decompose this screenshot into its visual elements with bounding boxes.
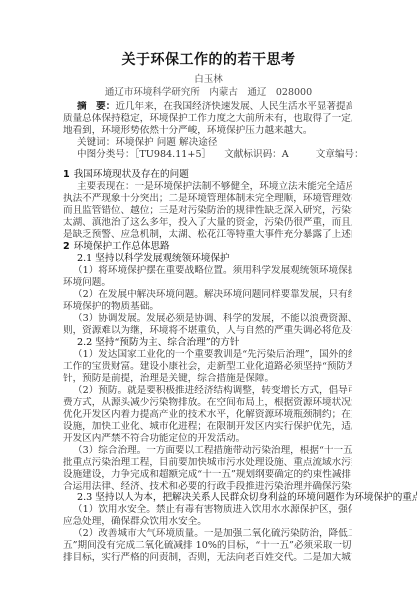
body-line: 优化开发区内着力提高产业的技术水平，化解资源环境瓶颈制约；在重点开发区内充实基础 xyxy=(63,409,352,421)
body-line: 费方式，从源头减少污染物排放。在空间布局上，根据资源环境状况划分不同的功能区，在 xyxy=(63,397,352,409)
abstract-line: 地看到，环境形势依然十分严峻，环境保护压力越来越大。 xyxy=(63,125,352,137)
body-line: 太湖、滇池治了这么多年，投入了大量的资金，污染仍很严重，而且局部有加重的趋势；四 xyxy=(63,217,352,229)
subsection-2-3: 2.3 坚持以人为本，把解决关系人民群众切身利益的环境问题作为环境保护的重点 xyxy=(77,492,417,504)
body-line: 开发区内严禁不符合功能定位的开发活动。 xyxy=(63,433,352,445)
body-line: 执法不严现象十分突出；二是环境管理体制未完全理顺，环境管理效率低下，监管能力薄弱… xyxy=(63,193,352,205)
body-line: 则，资源难以为继，环境将不堪重负，人与自然的严重失调必将危及社会的稳定和谐。 xyxy=(63,325,352,337)
abstract-line: 摘 要：近几年来，在我国经济快速发展、人民生活水平显著提高的情况下，全国环境 xyxy=(77,101,352,113)
subsection-2-2: 2.2 坚持“预防为主、综合治理”的方针 xyxy=(77,337,239,349)
body-line: （2）预防。就是要积极推进经济结构调整，转变增长方式，倡导可持续的发展方式和消 xyxy=(73,385,352,397)
body-line: 五”期间没有完成二氧化硫减排 10%的目标，“十一五”必须采取一切可能的措施，实… xyxy=(63,540,352,552)
body-line: （1）饮用水安全。禁止有毒有害物质进入饮用水水源保护区，强化水污染事故的预防和 xyxy=(73,504,352,516)
body-line: 批重点污染治理工程，目前要加快城市污水处理设施、重点流域水污染防治设施及烟气脱硫 xyxy=(63,457,352,469)
body-line: 环境问题。 xyxy=(63,277,352,289)
classification: 中图分类号：［TU984.11+5］ 文献标识码：A 文章编号： xyxy=(77,149,374,161)
body-line: 排目标，实行严格的问责制，否则，无法向老百姓交代。二是加大城市汽车尾气、颗粒物的 xyxy=(63,552,352,564)
body-line: （2）在发展中解决环境问题。解决环境问题同样要靠发展，只有经济发展了，才能增强 xyxy=(73,289,352,301)
section-heading-1: 1我国环境现状及存在的问题 xyxy=(63,169,189,181)
section-heading-2: 2环境保护工作总体思路 xyxy=(63,241,170,253)
clc-number: 中图分类号：［TU984.11+5］ xyxy=(77,149,211,160)
body-line: 主要表现在：一是环境保护法制不够健全，环境立法未能完全适应形势需要，有法不依、 xyxy=(77,181,352,193)
body-line: 环境保护的物质基础。 xyxy=(63,301,352,313)
body-line: （1）将环境保护摆在重要战略位置。须用科学发展观统领环境保护工作，痛下决心解决 xyxy=(73,265,352,277)
body-line: 针，预防是前提，治理是关键，综合措施是保障。 xyxy=(63,373,352,385)
affiliation: 通辽市环境科学研究所 内蒙古 通辽 028000 xyxy=(0,84,417,98)
body-line: 设施，加快工业化、城市化进程；在限制开发区内实行保护优先，适度开发的方针；在禁止 xyxy=(63,421,352,433)
body-line: （3）综合治理。一方面要以工程措施带动污染治理，根据“十一五”规划组织实施一大 xyxy=(73,445,352,457)
body-line: （1）发达国家工业化的一个重要教训是“先污染后治理”，国外的经验教训是我们做好 xyxy=(73,349,352,361)
body-line: 应急处理，确保群众饮用水安全。 xyxy=(63,516,352,528)
subsection-2-1: 2.1 坚持以科学发展观统领环境保护 xyxy=(77,253,230,265)
keywords: 关键词：环境保护 问题 解决途径 xyxy=(77,137,217,149)
abstract-line: 质量总体保持稳定，环境保护工作力度之大前所未有，也取得了一定成效，但我们必须清醒 xyxy=(63,113,352,125)
doc-code: 文献标识码：A xyxy=(224,149,289,160)
body-line: （2）改善城市大气环境质量。一是加强二氧化硫污染防治，降低二氧化硫排放总量，“十 xyxy=(73,528,352,540)
document-page: 关于环保工作的的若干思考 白玉林 通辽市环境科学研究所 内蒙古 通辽 02800… xyxy=(0,0,417,590)
body-line: 工作的宝贵财富。建设小康社会，走新型工业化道路必须坚持“预防为主，综合治理”的方 xyxy=(63,361,352,373)
body-line: 而且监管错位、越位；三是对污染防治的规律性缺乏深入研究，污染治理效果差，如淮河、 xyxy=(63,205,352,217)
body-line: 是缺乏预警、应急机制，太湖、松花江等特重大事件充分暴露了上述问题。 xyxy=(63,229,352,241)
body-line: 设施建设，力争完成和超额完成“十一五”规划纲要确定的约束性减排目标；另一方面要综 xyxy=(63,469,352,481)
abstract-label: 摘 要： xyxy=(77,101,115,112)
page-title: 关于环保工作的的若干思考 xyxy=(0,49,417,69)
author: 白玉林 xyxy=(0,71,417,85)
article-number: 文章编号： xyxy=(316,149,364,160)
body-line: （3）协调发展。发展必须是协调、科学的发展，不能以浪费资源、破坏环境为代价。否 xyxy=(73,313,352,325)
